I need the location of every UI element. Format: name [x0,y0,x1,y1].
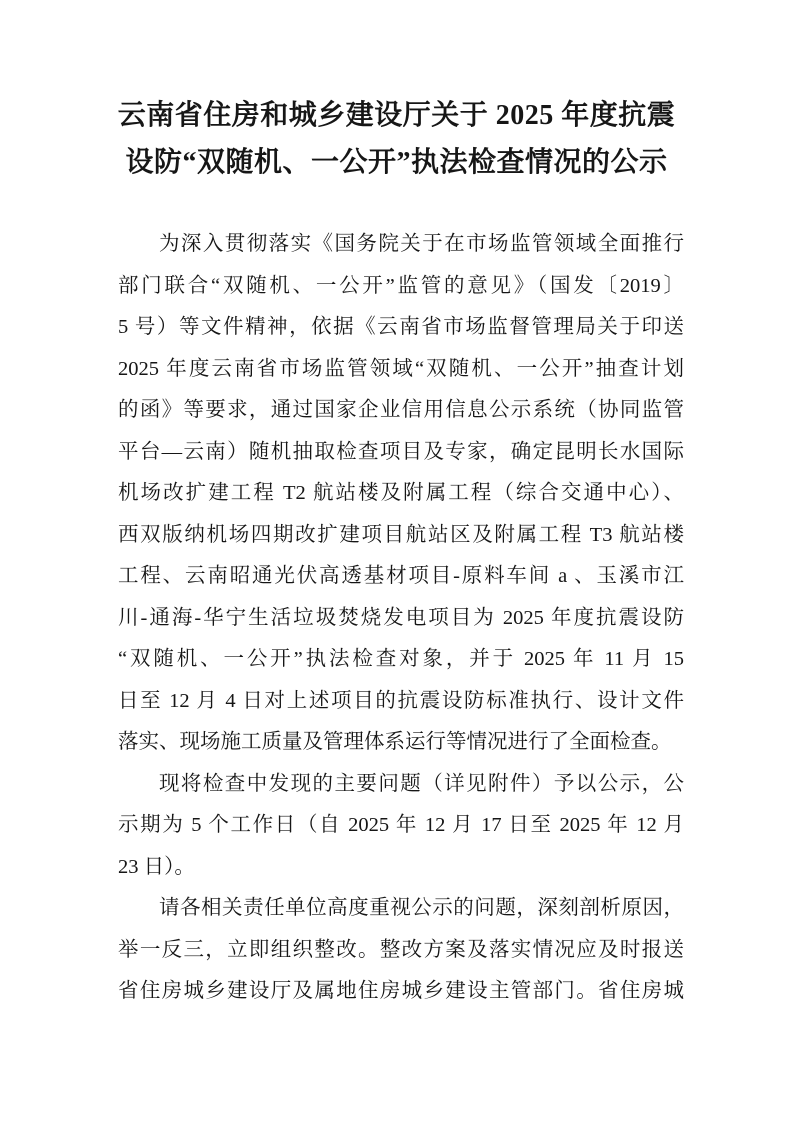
document-page: 云南省住房和城乡建设厅关于 2025 年度抗震 设防“双随机、一公开”执法检查情… [0,0,793,1122]
body-line-p2-1: 现将检查中发现的主要问题（详见附件）予以公示，公 [118,764,684,806]
body-line-p1-6: 平台—云南）随机抽取检查项目及专家，确定昆明长水国际 [118,432,684,474]
document-title-line-1: 云南省住房和城乡建设厅关于 2025 年度抗震 [80,92,713,139]
body-line-p1-2: 部门联合“双随机、一公开”监管的意见》（国发〔2019〕 [118,266,684,308]
document-body: 为深入贯彻落实《国务院关于在市场监管领域全面推行部门联合“双随机、一公开”监管的… [118,224,684,1013]
body-line-p3-2: 举一反三，立即组织整改。整改方案及落实情况应及时报送 [118,930,684,972]
document-title-line-2: 设防“双随机、一公开”执法检查情况的公示 [80,139,713,186]
body-line-p1-3: 5 号）等文件精神，依据《云南省市场监督管理局关于印送 [118,307,684,349]
document-title: 云南省住房和城乡建设厅关于 2025 年度抗震 设防“双随机、一公开”执法检查情… [80,92,713,186]
body-line-p1-5: 的函》等要求，通过国家企业信用信息公示系统（协同监管 [118,390,684,432]
body-line-p1-9: 工程、云南昭通光伏高透基材项目-原料车间 a 、玉溪市江 [118,556,684,598]
body-line-p1-11: “双随机、一公开”执法检查对象，并于 2025 年 11 月 15 [118,639,684,681]
body-line-p1-4: 2025 年度云南省市场监管领域“双随机、一公开”抽查计划 [118,349,684,391]
body-line-p1-10: 川-通海-华宁生活垃圾焚烧发电项目为 2025 年度抗震设防 [118,598,684,640]
body-line-p1-13: 落实、现场施工质量及管理体系运行等情况进行了全面检查。 [118,722,684,764]
body-line-p1-1: 为深入贯彻落实《国务院关于在市场监管领域全面推行 [118,224,684,266]
body-line-p2-3: 23 日）。 [118,847,684,889]
body-line-p1-7: 机场改扩建工程 T2 航站楼及附属工程（综合交通中心）、 [118,473,684,515]
body-line-p1-12: 日至 12 月 4 日对上述项目的抗震设防标准执行、设计文件 [118,681,684,723]
body-line-p3-3: 省住房城乡建设厅及属地住房城乡建设主管部门。省住房城 [118,971,684,1013]
body-line-p3-1: 请各相关责任单位高度重视公示的问题，深刻剖析原因， [118,888,684,930]
body-line-p1-8: 西双版纳机场四期改扩建项目航站区及附属工程 T3 航站楼 [118,515,684,557]
body-line-p2-2: 示期为 5 个工作日（自 2025 年 12 月 17 日至 2025 年 12… [118,805,684,847]
